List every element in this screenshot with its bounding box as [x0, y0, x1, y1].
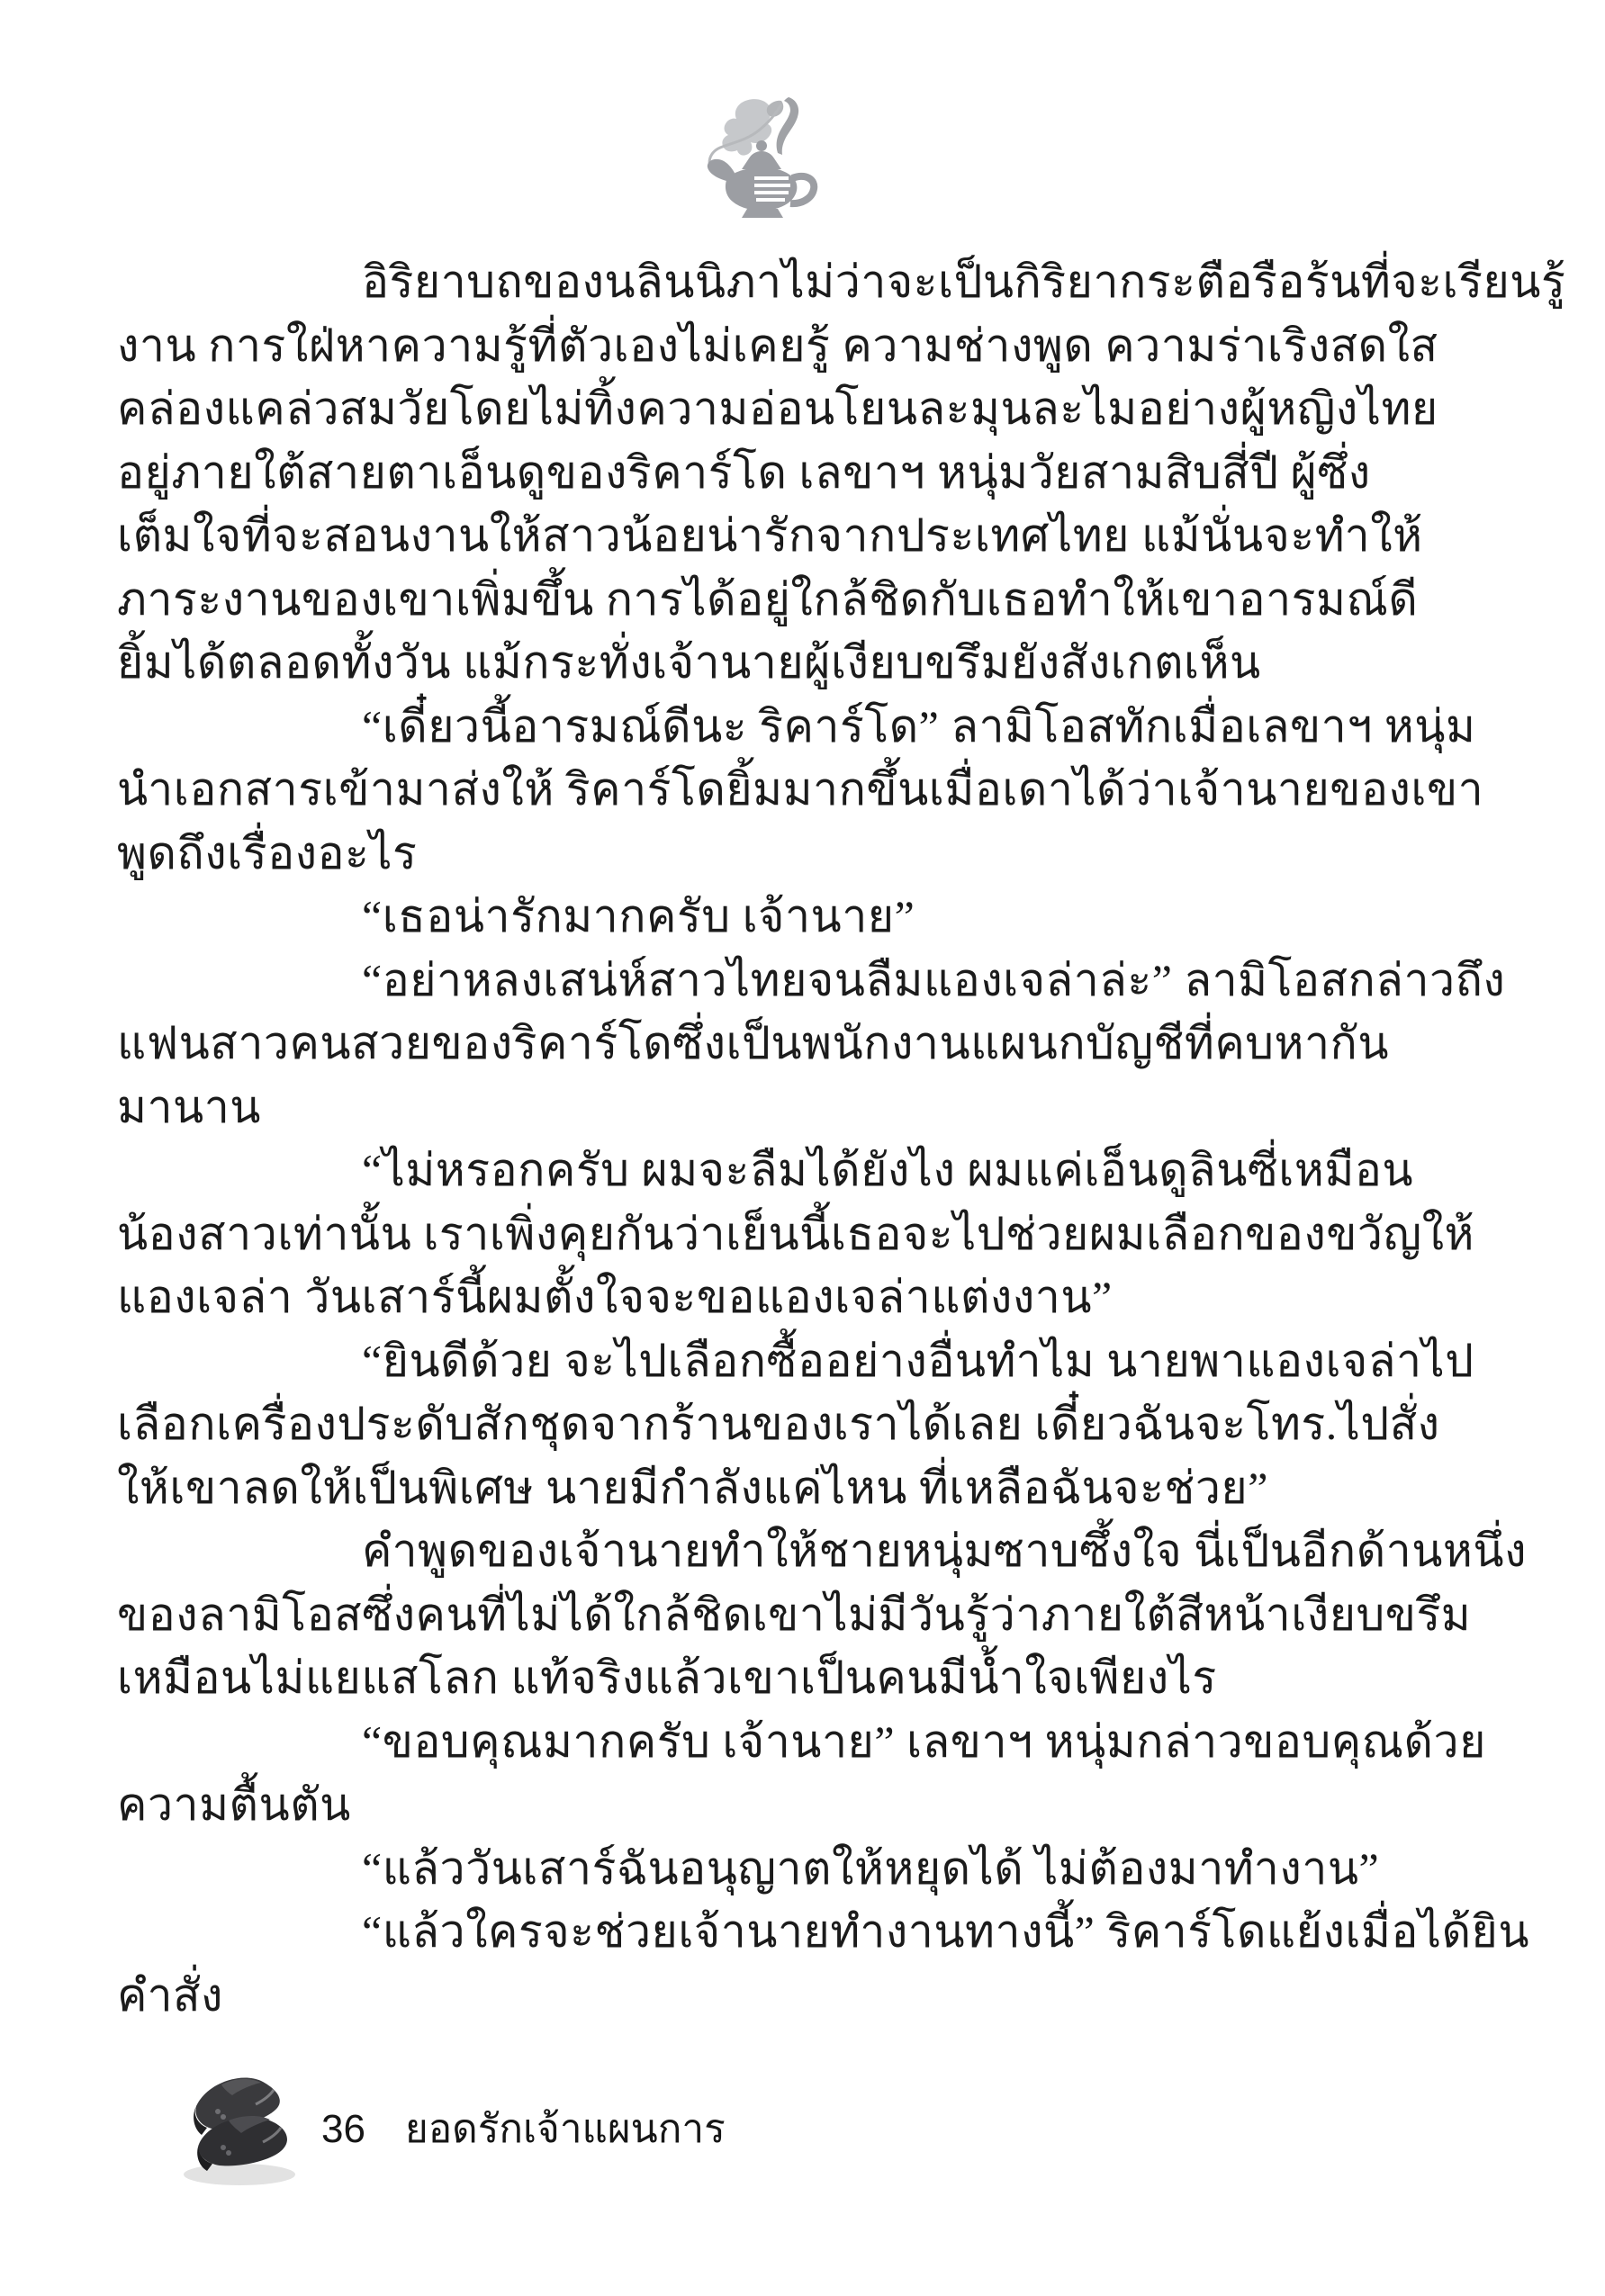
text-line: อยู่ภายใต้สายตาเอ็นดูของริคาร์โด เลขาฯ ห… — [117, 441, 1386, 505]
text-line: “ไม่หรอกครับ ผมจะลืมได้ยังไง ผมแค่เอ็นดู… — [117, 1139, 1386, 1202]
text-line: นำเอกสารเข้ามาส่งให้ ริคาร์โดยิ้มมากขึ้น… — [117, 758, 1386, 822]
text-line: ยิ้มได้ตลอดทั้งวัน แม้กระทั่งเจ้านายผู้เ… — [117, 631, 1386, 695]
running-footer: 36 ยอดรักเจ้าแผนการ — [321, 2097, 726, 2160]
book-title: ยอดรักเจ้าแผนการ — [405, 2097, 726, 2160]
text-line: แฟนสาวคนสวยของริคาร์โดซึ่งเป็นพนักงานแผน… — [117, 1012, 1386, 1076]
text-line: คำพูดของเจ้านายทำให้ชายหนุ่มซาบซึ้งใจ นี… — [117, 1519, 1386, 1583]
text-line: “แล้ววันเสาร์ฉันอนุญาตให้หยุดได้ ไม่ต้อง… — [117, 1837, 1386, 1901]
text-line: แองเจล่า วันเสาร์นี้ผมตั้งใจจะขอแองเจล่า… — [117, 1265, 1386, 1329]
genie-lamp-icon — [695, 92, 830, 229]
text-line: งาน การใฝ่หาความรู้ที่ตัวเองไม่เคยรู้ คว… — [117, 314, 1386, 378]
text-line: คล่องแคล่วสมวัยโดยไม่ทิ้งความอ่อนโยนละมุ… — [117, 377, 1386, 441]
text-line: “เธอน่ารักมากครับ เจ้านาย” — [117, 885, 1386, 949]
text-line: เลือกเครื่องประดับสักชุดจากร้านของเราได้… — [117, 1392, 1386, 1456]
dress-shoes-photo — [169, 2065, 302, 2189]
text-line: ความตื้นตัน — [117, 1773, 1386, 1837]
text-line: “เดี๋ยวนี้อารมณ์ดีนะ ริคาร์โด” ลามิโอสทั… — [117, 695, 1386, 759]
story-text: อิริยาบถของนลินนิภาไม่ว่าจะเป็นกิริยากระ… — [117, 250, 1386, 2027]
text-line: ให้เขาลดให้เป็นพิเศษ นายมีกำลังแค่ไหน ที… — [117, 1456, 1386, 1520]
text-line: คำสั่ง — [117, 1964, 1386, 2028]
book-page: อิริยาบถของนลินนิภาไม่ว่าจะเป็นกิริยากระ… — [0, 0, 1605, 2296]
page-number: 36 — [321, 2107, 365, 2152]
page-footer: 36 ยอดรักเจ้าแผนการ — [0, 2061, 1605, 2196]
text-line: มานาน — [117, 1076, 1386, 1139]
text-line: ภาระงานของเขาเพิ่มขึ้น การได้อยู่ใกล้ชิด… — [117, 568, 1386, 632]
text-line: “ขอบคุณมากครับ เจ้านาย” เลขาฯ หนุ่มกล่าว… — [117, 1710, 1386, 1774]
text-line: ของลามิโอสซึ่งคนที่ไม่ได้ใกล้ชิดเขาไม่มี… — [117, 1583, 1386, 1647]
text-line: น้องสาวเท่านั้น เราเพิ่งคุยกันว่าเย็นนี้… — [117, 1202, 1386, 1266]
text-line: “อย่าหลงเสน่ห์สาวไทยจนลืมแองเจล่าล่ะ” ลา… — [117, 949, 1386, 1013]
text-line: เหมือนไม่แยแสโลก แท้จริงแล้วเขาเป็นคนมีน… — [117, 1646, 1386, 1710]
text-line: อิริยาบถของนลินนิภาไม่ว่าจะเป็นกิริยากระ… — [117, 250, 1386, 314]
text-line: พูดถึงเรื่องอะไร — [117, 822, 1386, 886]
text-line: “ยินดีด้วย จะไปเลือกซื้ออย่างอื่นทำไม นา… — [117, 1329, 1386, 1393]
text-line: “แล้วใครจะช่วยเจ้านายทำงานทางนี้” ริคาร์… — [117, 1900, 1386, 1964]
text-line: เต็มใจที่จะสอนงานให้สาวน้อยน่ารักจากประเ… — [117, 504, 1386, 568]
